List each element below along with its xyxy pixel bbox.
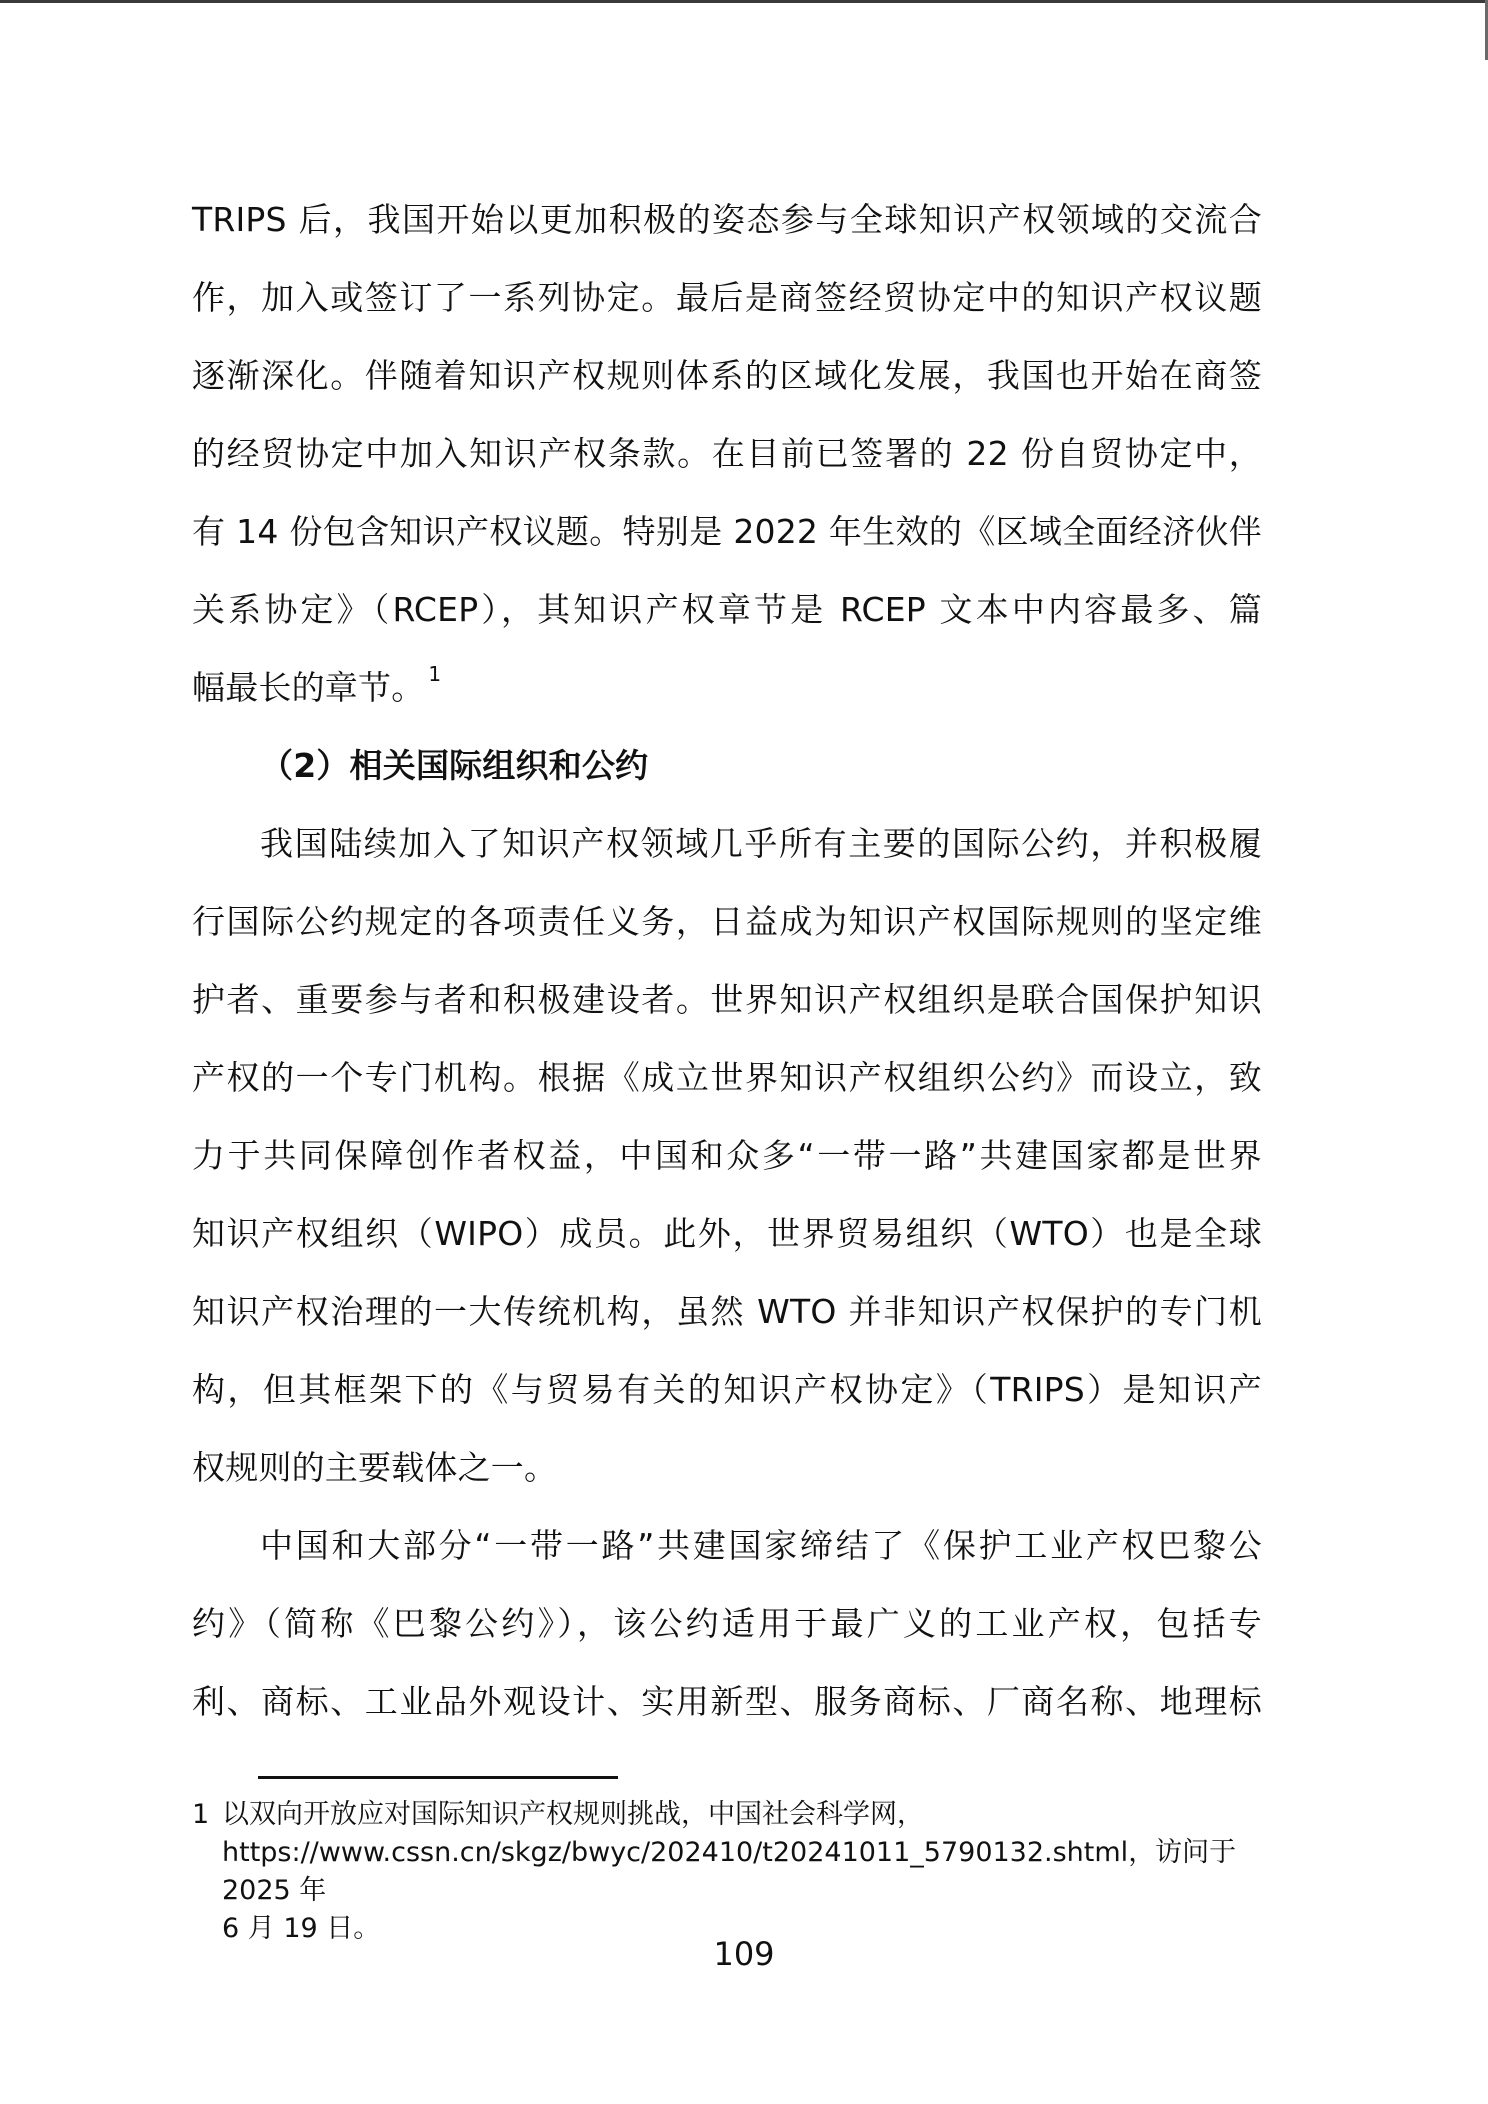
text-line: 护者、重要参与者和积极建设者。世界知识产权组织是联合国保护知识 (192, 970, 1262, 1048)
text-line: 构，但其框架下的《与贸易有关的知识产权协定》（TRIPS）是知识产 (192, 1360, 1262, 1438)
footnote-text: 以双向开放应对国际知识产权规则挑战，中国社会科学网， (222, 1796, 1262, 1834)
text-line: 知识产权组织（WIPO）成员。此外，世界贸易组织（WTO）也是全球 (192, 1204, 1262, 1282)
text-line: 的经贸协定中加入知识产权条款。在目前已签署的 22 份自贸协定中， (192, 424, 1262, 502)
text-line-with-footnote: 幅最长的章节。1 (192, 658, 1262, 736)
paragraph-international-conventions: 我国陆续加入了知识产权领域几乎所有主要的国际公约，并积极履 行国际公约规定的各项… (192, 814, 1262, 1516)
text-line: 关系协定》（RCEP），其知识产权章节是 RCEP 文本中内容最多、篇 (192, 580, 1262, 658)
text-line: 逐渐深化。伴随着知识产权规则体系的区域化发展，我国也开始在商签 (192, 346, 1262, 424)
footnote-body: 以双向开放应对国际知识产权规则挑战，中国社会科学网， https://www.c… (222, 1796, 1262, 1948)
footnote-item: 1 以双向开放应对国际知识产权规则挑战，中国社会科学网， https://www… (192, 1796, 1262, 1948)
text-line: 权规则的主要载体之一。 (192, 1438, 1262, 1516)
text-line: TRIPS 后，我国开始以更加积极的姿态参与全球知识产权领域的交流合 (192, 190, 1262, 268)
paragraph-paris-convention: 中国和大部分“一带一路”共建国家缔结了《保护工业产权巴黎公 约》（简称《巴黎公约… (192, 1516, 1262, 1750)
text-line: 作，加入或签订了一系列协定。最后是商签经贸协定中的知识产权议题 (192, 268, 1262, 346)
text-line: 行国际公约规定的各项责任义务，日益成为知识产权国际规则的坚定维 (192, 892, 1262, 970)
footnote-separator (258, 1776, 618, 1779)
paragraph-trips-continuation: TRIPS 后，我国开始以更加积极的姿态参与全球知识产权领域的交流合 作，加入或… (192, 190, 1262, 736)
text-line: 我国陆续加入了知识产权领域几乎所有主要的国际公约，并积极履 (192, 814, 1262, 892)
page-body: TRIPS 后，我国开始以更加积极的姿态参与全球知识产权领域的交流合 作，加入或… (192, 190, 1262, 1750)
footnote-url-line[interactable]: https://www.cssn.cn/skgz/bwyc/202410/t20… (222, 1834, 1262, 1910)
text-line: 产权的一个专门机构。根据《成立世界知识产权组织公约》而设立，致 (192, 1048, 1262, 1126)
footnote-reference[interactable]: 1 (428, 662, 441, 686)
text-line: 中国和大部分“一带一路”共建国家缔结了《保护工业产权巴黎公 (192, 1516, 1262, 1594)
text-line: 力于共同保障创作者权益，中国和众多“一带一路”共建国家都是世界 (192, 1126, 1262, 1204)
text-line: 知识产权治理的一大传统机构，虽然 WTO 并非知识产权保护的专门机 (192, 1282, 1262, 1360)
footnotes: 1 以双向开放应对国际知识产权规则挑战，中国社会科学网， https://www… (192, 1796, 1262, 1948)
page-number: 109 (0, 1932, 1488, 1976)
text-line: 有 14 份包含知识产权议题。特别是 2022 年生效的《区域全面经济伙伴 (192, 502, 1262, 580)
text-line: 约》（简称《巴黎公约》），该公约适用于最广义的工业产权，包括专 (192, 1594, 1262, 1672)
page-top-border (0, 0, 1488, 3)
text-line: 幅最长的章节。 (192, 668, 424, 707)
footnote-number: 1 (192, 1796, 222, 1948)
text-line: 利、商标、工业品外观设计、实用新型、服务商标、厂商名称、地理标 (192, 1672, 1262, 1750)
section-heading: （2）相关国际组织和公约 (192, 736, 1262, 814)
